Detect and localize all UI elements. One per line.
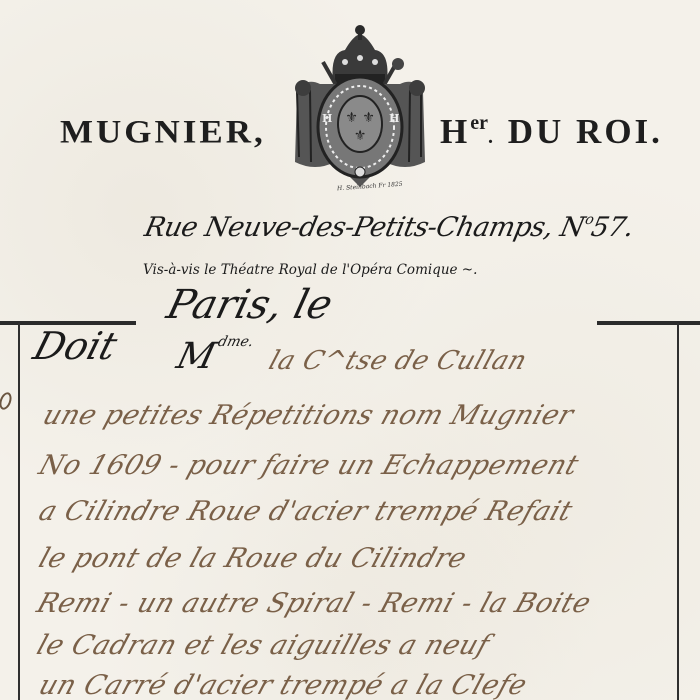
royal-title: Her. DU ROI. <box>440 112 663 152</box>
title-dot: . <box>488 126 496 148</box>
recipient-title-m: M <box>173 336 220 377</box>
recipient-name: la C^tse de Cullan <box>265 346 531 376</box>
street-address: Rue Neuve-des-Petits-Champs, No57. <box>142 212 637 243</box>
title-superscript: er <box>470 112 488 134</box>
landmark-line: Vis-à-vis le Théatre Royal de l'Opéra Co… <box>143 262 477 278</box>
address-number: 57. <box>588 212 636 243</box>
title-rest: DU ROI. <box>496 112 663 151</box>
frame-right-rule <box>677 323 679 700</box>
recipient-title: Mdme. <box>173 334 256 377</box>
svg-text:H: H <box>389 112 399 125</box>
recipient-title-sup: dme. <box>216 334 255 350</box>
doit-label: Doit <box>29 324 122 368</box>
merchant-name: MUGNIER, <box>60 113 266 151</box>
invoice-line: le Cadran et les aiguilles a neuf <box>33 630 493 661</box>
svg-text:⚜ ⚜: ⚜ ⚜ <box>345 110 375 126</box>
royal-coat-of-arms-icon: ⚜ ⚜ ⚜ H H <box>285 22 435 187</box>
margin-ink-mark <box>0 391 14 412</box>
invoice-line: a Cilindre Roue d'acier trempé Refait <box>35 496 577 527</box>
invoice-line: le pont de la Roue du Cilindre <box>35 543 471 574</box>
invoice-line: No 1609 - pour faire un Echappement <box>35 450 583 481</box>
frame-left-rule <box>18 323 20 700</box>
invoice-line: un Carré d'acier trempé a la Clefe <box>35 670 531 700</box>
frame-top-right-rule <box>597 321 700 325</box>
address-street: Rue Neuve-des-Petits-Champs, N <box>142 212 587 243</box>
title-prefix: H <box>440 112 470 151</box>
svg-text:H: H <box>322 112 332 125</box>
city-date-line: Paris, le <box>162 282 337 328</box>
invoice-line: Remi - un autre Spiral - Remi - la Boite <box>33 588 595 619</box>
invoice-line: une petites Répetitions nom Mugnier <box>39 400 578 431</box>
svg-text:⚜: ⚜ <box>354 128 367 144</box>
